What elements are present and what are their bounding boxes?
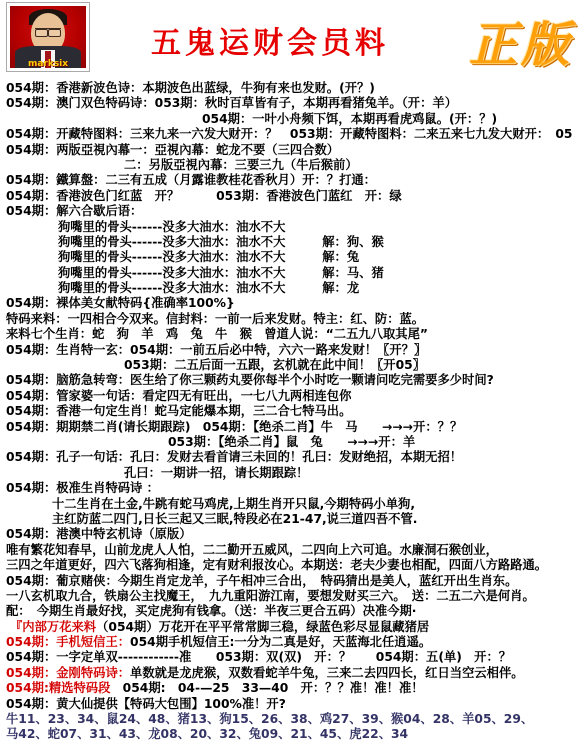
text-segment: 054期：香港波色门红蓝 开？ 053期：香港波色门蓝红 开：绿 — [6, 189, 402, 203]
text-segment: 054期：黄大仙提供【特码大包围】100%准！开? — [6, 697, 286, 711]
doc-line: 马42、蛇07、31、43、龙08、20、32、兔09、21、45、虎22、34 — [0, 727, 583, 742]
text-segment: 配： 今期生肖最好找，买定虎狗有钱拿。（送：半夜三更合五码）决准今期· — [6, 604, 416, 618]
text-segment: 狗嘴里的骨头------没多大油水：油水不大 解：马、猪 — [58, 266, 384, 280]
text-segment: 054期：解六合歇后语： — [6, 204, 142, 218]
doc-line: 054期：金刚特码诗：单数就是龙虎猴，双数看蛇羊牛兔，三来二去四四长，红日当空云… — [0, 666, 583, 681]
text-segment: 054期：香港一句定生肖！蛇马定能爆本期，三二合七特马出。 — [6, 404, 351, 418]
doc-line: 牛11、23、34、鼠24、48、猪13、狗15、26、38、鸡27、39、猴0… — [0, 712, 583, 727]
portrait-caption: marksix — [10, 59, 86, 68]
doc-line: 054期：手机短信王：054期手机短信王:一分为二真是好，天蓝海北任逍遥。 — [0, 635, 583, 650]
text-segment: 狗嘴里的骨头------没多大油水：油水不大 解：龙 — [58, 281, 359, 295]
document-body: 054期：香港新波色诗：本期波色出蓝绿，牛狗有来也发财。(开？)054期：澳门双… — [0, 81, 583, 743]
text-segment: 十二生肖在土金,牛跳有蛇马鸡虎,上期生肖开只鼠,今期特码小单狗, — [52, 497, 415, 511]
doc-line: 054期:精选特码段 054期: 04-—25 33—40 开：？？准！准！准！ — [0, 681, 583, 696]
text-segment: 狗嘴里的骨头------没多大油水：油水不大 解：狗、猴 — [58, 235, 384, 249]
doc-line: 054期：两版亞視內幕一：亞視內幕：蛇龙不要（三四合数） — [0, 143, 583, 158]
doc-line: 053期：二五后面一五跟，玄机就在此中间！〖开05〗 — [0, 358, 583, 373]
doc-line: 054期：葡京赌侠：今期生肖定龙羊，子午相冲三合出， 特码猜出是美人，蓝红开出生… — [0, 574, 583, 589]
text-segment: 054期：开藏特图料：三来九来一六发大财开：？ 053期：开藏特图料：二来五来七… — [6, 127, 572, 141]
text-segment: 054期：管家婆一句话：看定四无有旺出，一七八九两相连包你 — [6, 389, 351, 403]
text-segment: 来料七个生肖：蛇 狗 羊 鸡 兔 牛 猴 曾道人说：“二五九八取其尾” — [6, 327, 428, 341]
text-segment: （054期）万花开在平平常常脚三稳，绿蓝色彩尽显鼠藏猪居 — [96, 620, 429, 634]
doc-line: 054期：裸体美女献特码{准确率100%} — [0, 296, 583, 311]
doc-line: 054期：香港一句定生肖！蛇马定能爆本期，三二合七特马出。 — [0, 404, 583, 419]
text-segment: 狗嘴里的骨头------没多大油水：油水不大 解：兔 — [58, 250, 359, 264]
doc-line: 054期：开藏特图料：三来九来一六发大财开：？ 053期：开藏特图料：二来五来七… — [0, 127, 583, 142]
doc-line: 配： 今期生肖最好找，买定虎狗有钱拿。（送：半夜三更合五码）决准今期· — [0, 604, 583, 619]
doc-line: 054期：鐵算盤：二三有五成（月露谁教桂花香秋月）开：？打通： — [0, 173, 583, 188]
header: marksix 五鬼运财会员料 正版 — [0, 0, 583, 80]
doc-line: 053期：【绝杀二肖】鼠 兔 →→→开：羊 — [0, 435, 583, 450]
doc-line: 054期：港澳中特玄机诗（原版） — [0, 527, 583, 542]
doc-line: 054期：香港波色门红蓝 开？ 053期：香港波色门蓝红 开：绿 — [0, 189, 583, 204]
doc-line: 狗嘴里的骨头------没多大油水：油水不大 解：马、猪 — [0, 266, 583, 281]
text-segment: 054期：鐵算盤：二三有五成（月露谁教桂花香秋月）开：？打通： — [6, 173, 376, 187]
text-segment: 马42、蛇07、31、43、龙08、20、32、兔09、21、45、虎22、34 — [6, 727, 408, 741]
text-segment: 单数就是龙虎猴，双数看蛇羊牛兔，三来二去四四长，红日当空云相伴。 — [130, 666, 524, 680]
text-segment: 054期：一字定单双------------准 053期：双(双) 开：？ 05… — [6, 650, 511, 664]
text-segment: 唯有繁花知春早，山前龙虎人人怕，二二勤开五威风，二四向上六可追。水廉洞石猴创业， — [6, 543, 498, 557]
doc-line: 054期：一字定单双------------准 053期：双(双) 开：？ 05… — [0, 650, 583, 665]
text-segment: 054期:精选特码段 — [6, 681, 110, 695]
doc-line: 十二生肖在土金,牛跳有蛇马鸡虎,上期生肖开只鼠,今期特码小单狗, — [0, 497, 583, 512]
doc-line: 来料七个生肖：蛇 狗 羊 鸡 兔 牛 猴 曾道人说：“二五九八取其尾” — [0, 327, 583, 342]
text-segment: 牛11、23、34、鼠24、48、猪13、狗15、26、38、鸡27、39、猴0… — [6, 712, 533, 726]
doc-line: 唯有繁花知春早，山前龙虎人人怕，二二勤开五威风，二四向上六可追。水廉洞石猴创业， — [0, 543, 583, 558]
doc-line: 054期：孔子一句话：孔曰：发财去看首请三未回的！孔曰：发财绝招，本期无招！ — [0, 450, 583, 465]
doc-line: 054期：香港新波色诗：本期波色出蓝绿，牛狗有来也发财。(开？) — [0, 81, 583, 96]
portrait-background: marksix — [10, 6, 86, 68]
text-segment: 054期：澳门双色特码诗：053期：秋时百草皆有子，本期再看猪兔羊。（开：羊） — [6, 96, 457, 110]
text-segment: 054期: 04-—25 33—40 开：？？准！准！准！ — [110, 681, 423, 695]
doc-line: 054期：极准生肖特码诗 ： — [0, 481, 583, 496]
text-segment: 054期：一叶小舟频下饵，本期再看虎鸡鼠。(开：？) — [202, 112, 497, 126]
doc-line: 054期：解六合歇后语： — [0, 204, 583, 219]
text-segment: 054期：葡京赌侠：今期生肖定龙羊，子午相冲三合出， 特码猜出是美人，蓝红开出生… — [6, 574, 517, 588]
doc-line: 054期：澳门双色特码诗：053期：秋时百草皆有子，本期再看猪兔羊。（开：羊） — [0, 96, 583, 111]
doc-line: 054期：期期禁二肖(请长期跟踪) 054期：【绝杀二肖】牛 马 →→→开：？？ — [0, 420, 583, 435]
doc-line: 二：另版亞視內幕：三要三九（牛后猴前） — [0, 158, 583, 173]
doc-line: 狗嘴里的骨头------没多大油水：油水不大 解：龙 — [0, 281, 583, 296]
doc-line: 054期：生肖特一玄：054期：一前五后必中特，六六一路来发财！〖开？〗 — [0, 343, 583, 358]
text-segment: 053期：【绝杀二肖】鼠 兔 →→→开：羊 — [168, 435, 415, 449]
text-segment: 054期：脑筋急转弯：医生给了你三颗药丸要你每半个小时吃一颗请问吃完需要多少时间… — [6, 373, 494, 387]
text-segment: 054期：期期禁二肖(请长期跟踪) 054期：【绝杀二肖】牛 马 →→→开：？？ — [6, 420, 462, 434]
text-segment: 狗嘴里的骨头------没多大油水：油水不大 — [58, 220, 285, 234]
text-segment: 孔曰：一期讲一招，请长期跟踪！ — [124, 466, 308, 480]
doc-line: 054期：管家婆一句话：看定四无有旺出，一七八九两相连包你 — [0, 389, 583, 404]
doc-line: 054期：一叶小舟频下饵，本期再看虎鸡鼠。(开：？) — [0, 112, 583, 127]
doc-line: 054期：黄大仙提供【特码大包围】100%准！开? — [0, 697, 583, 712]
text-segment: 054期手机短信王:一分为二真是好，天蓝海北任逍遥。 — [130, 635, 431, 649]
text-segment: 054期：生肖特一玄：054期：一前五后必中特，六六一路来发财！〖开？〗 — [6, 343, 426, 357]
authentic-badge: 正版 — [469, 6, 573, 75]
glasses-shape — [35, 28, 61, 36]
text-segment: 主红防蓝二四门,日长三起又三眠,特段必在21-47,说三道四吾不管. — [52, 512, 417, 526]
text-segment: 054期：香港新波色诗：本期波色出蓝绿，牛狗有来也发财。(开？) — [6, 81, 375, 95]
doc-line: 狗嘴里的骨头------没多大油水：油水不大 — [0, 220, 583, 235]
tip-sheet-page: marksix 五鬼运财会员料 正版 054期：香港新波色诗：本期波色出蓝绿，牛… — [0, 0, 583, 744]
text-segment: 054期：裸体美女献特码{准确率100%} — [6, 296, 235, 310]
doc-line: 主红防蓝二四门,日长三起又三眠,特段必在21-47,说三道四吾不管. — [0, 512, 583, 527]
text-segment: 054期：金刚特码诗： — [6, 666, 130, 680]
text-segment: 特码来料：一四相合今双来。信封料：一前一后来发财。特主：红、防：蓝。 — [6, 312, 424, 326]
text-segment: 三四之年道更好，四六飞落狗相逢，定有财利报汝心。本期送：老夫少妻也相配，四面八方… — [6, 558, 547, 572]
doc-line: 狗嘴里的骨头------没多大油水：油水不大 解：兔 — [0, 250, 583, 265]
text-segment: 054期：极准生肖特码诗 ： — [6, 481, 159, 495]
doc-line: 一八玄机取九合，铁扇公主找魔王， 九九重阳游江南，要想发财买三六。 送：二五二六… — [0, 589, 583, 604]
page-title: 五鬼运财会员料 — [120, 18, 420, 62]
text-segment: 054期：孔子一句话：孔曰：发财去看首请三未回的！孔曰：发财绝招，本期无招！ — [6, 450, 462, 464]
doc-line: 『内部万花来料（054期）万花开在平平常常脚三稳，绿蓝色彩尽显鼠藏猪居 — [0, 620, 583, 635]
text-segment: 二：另版亞視內幕：三要三九（牛后猴前） — [124, 158, 358, 172]
doc-line: 孔曰：一期讲一招，请长期跟踪！ — [0, 466, 583, 481]
doc-line: 054期：脑筋急转弯：医生给了你三颗药丸要你每半个小时吃一颗请问吃完需要多少时间… — [0, 373, 583, 388]
portrait-photo: marksix — [6, 2, 90, 72]
text-segment: 一八玄机取九合，铁扇公主找魔王， 九九重阳游江南，要想发财买三六。 送：二五二六… — [6, 589, 535, 603]
text-segment: 『内部万花来料 — [10, 620, 96, 634]
doc-line: 三四之年道更好，四六飞落狗相逢，定有财利报汝心。本期送：老夫少妻也相配，四面八方… — [0, 558, 583, 573]
doc-line: 狗嘴里的骨头------没多大油水：油水不大 解：狗、猴 — [0, 235, 583, 250]
text-segment: 053期：二五后面一五跟，玄机就在此中间！〖开05〗 — [124, 358, 425, 372]
text-segment: 054期：手机短信王： — [6, 635, 130, 649]
doc-line: 特码来料：一四相合今双来。信封料：一前一后来发财。特主：红、防：蓝。 — [0, 312, 583, 327]
text-segment: 054期：两版亞視內幕一：亞視內幕：蛇龙不要（三四合数） — [6, 143, 339, 157]
text-segment: 054期：港澳中特玄机诗（原版） — [6, 527, 192, 541]
